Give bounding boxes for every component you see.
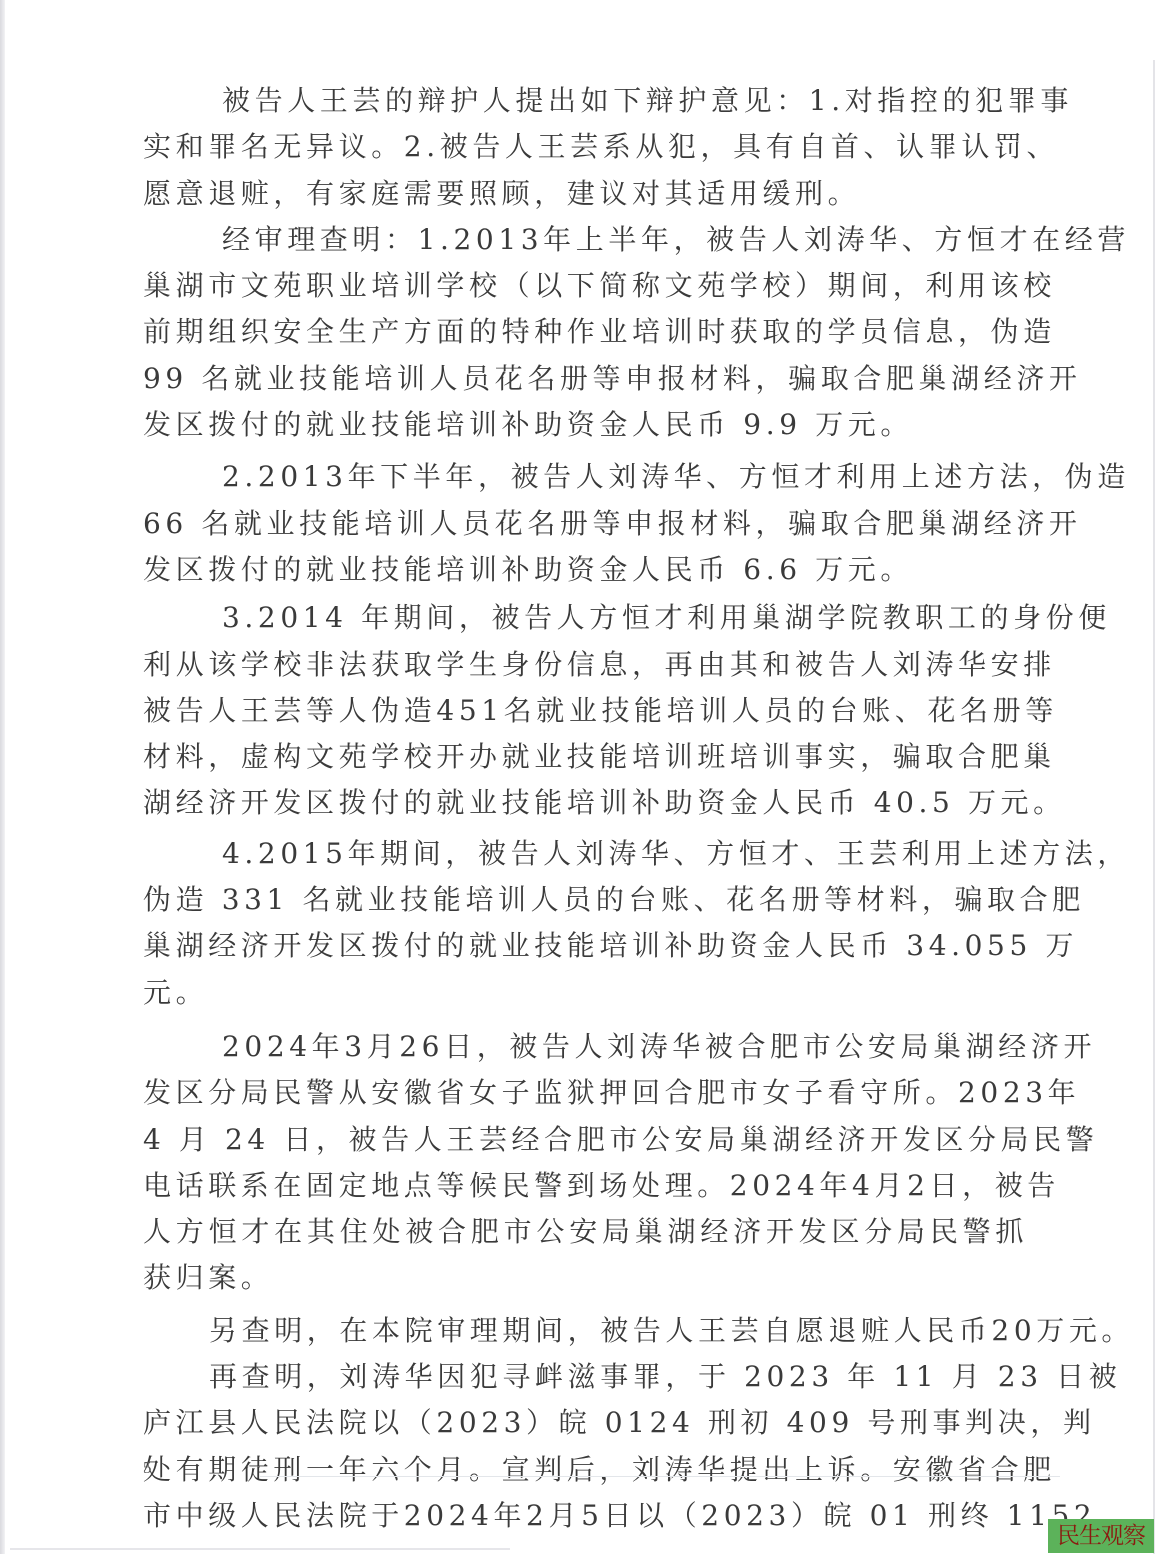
- text-line: 电话联系在固定地点等候民警到场处理。2024年4月2日，被告: [143, 1163, 1028, 1209]
- text-line: 市中级人民法院于2024年2月5日以（2023）皖 01 刑终 1152: [143, 1493, 1028, 1539]
- paragraph-arrest-facts: 2024年3月26日，被告人刘涛华被合肥市公安局巢湖经济开 发区分局民警从安徽省…: [143, 1024, 1028, 1302]
- text-line: 2.2013年下半年，被告人刘涛华、方恒才利用上述方法，伪造: [143, 454, 1028, 500]
- text-line: 获归案。: [143, 1255, 1028, 1301]
- watermark-badge: 民生观察: [1048, 1519, 1154, 1553]
- paragraph-finding-4: 4.2015年期间，被告人刘涛华、方恒才、王芸利用上述方法， 伪造 331 名就…: [143, 831, 1028, 1016]
- text-line: 99 名就业技能培训人员花名册等申报材料，骗取合肥巢湖经济开: [143, 356, 1028, 402]
- text-line: 经审理查明：1.2013年上半年，被告人刘涛华、方恒才在经营: [143, 217, 1028, 263]
- text-line: 利从该学校非法获取学生身份信息，再由其和被告人刘涛华安排: [143, 642, 1028, 688]
- text-line: 发区拨付的就业技能培训补助资金人民币 6.6 万元。: [143, 547, 1028, 593]
- paragraph-finding-3: 3.2014 年期间，被告人方恒才利用巢湖学院教职工的身份便 利从该学校非法获取…: [143, 595, 1028, 826]
- text-line: 66 名就业技能培训人员花名册等申报材料，骗取合肥巢湖经济开: [143, 501, 1028, 547]
- paragraph-restitution: 另查明，在本院审理期间，被告人王芸自愿退赃人民币20万元。: [143, 1308, 1028, 1354]
- text-line: 再查明，刘涛华因犯寻衅滋事罪，于 2023 年 11 月 23 日被: [143, 1354, 1028, 1400]
- page-edge-shadow: [0, 0, 5, 1554]
- text-line: 愿意退赃，有家庭需要照顾，建议对其适用缓刑。: [143, 171, 1028, 217]
- text-line: 4 月 24 日，被告人王芸经合肥市公安局巢湖经济开发区分局民警: [143, 1117, 1028, 1163]
- paragraph-finding-1: 经审理查明：1.2013年上半年，被告人刘涛华、方恒才在经营 巢湖市文苑职业培训…: [143, 217, 1028, 448]
- text-line: 前期组织安全生产方面的特种作业培训时获取的学员信息，伪造: [143, 309, 1028, 355]
- paragraph-prior-conviction: 再查明，刘涛华因犯寻衅滋事罪，于 2023 年 11 月 23 日被 庐江县人民…: [143, 1354, 1028, 1539]
- text-line: 处有期徒刑一年六个月。宣判后，刘涛华提出上诉。安徽省合肥: [143, 1447, 1028, 1493]
- text-line: 湖经济开发区拨付的就业技能培训补助资金人民币 40.5 万元。: [143, 780, 1028, 826]
- text-line: 4.2015年期间，被告人刘涛华、方恒才、王芸利用上述方法，: [143, 831, 1028, 877]
- text-line: 庐江县人民法院以（2023）皖 0124 刑初 409 号刑事判决，判: [143, 1400, 1028, 1446]
- paragraph-defense-opinion: 被告人王芸的辩护人提出如下辩护意见：1.对指控的犯罪事 实和罪名无异议。2.被告…: [143, 78, 1028, 217]
- footer-divider: [260, 1476, 1060, 1477]
- text-line: 3.2014 年期间，被告人方恒才利用巢湖学院教职工的身份便: [143, 595, 1028, 641]
- text-line: 发区分局民警从安徽省女子监狱押回合肥市女子看守所。2023年: [143, 1070, 1028, 1116]
- text-line: 伪造 331 名就业技能培训人员的台账、花名册等材料，骗取合肥: [143, 877, 1028, 923]
- text-line: 实和罪名无异议。2.被告人王芸系从犯，具有自首、认罪认罚、: [143, 124, 1028, 170]
- text-line: 巢湖经济开发区拨付的就业技能培训补助资金人民币 34.055 万: [143, 923, 1028, 969]
- paragraph-finding-2: 2.2013年下半年，被告人刘涛华、方恒才利用上述方法，伪造 66 名就业技能培…: [143, 454, 1028, 593]
- page-bottom-edge: [10, 1548, 510, 1550]
- text-line: 被告人王芸等人伪造451名就业技能培训人员的台账、花名册等: [143, 688, 1028, 734]
- text-line: 材料，虚构文苑学校开办就业技能培训班培训事实，骗取合肥巢: [143, 734, 1028, 780]
- text-line: 被告人王芸的辩护人提出如下辩护意见：1.对指控的犯罪事: [143, 78, 1028, 124]
- text-line: 巢湖市文苑职业培训学校（以下简称文苑学校）期间，利用该校: [143, 263, 1028, 309]
- text-line: 2024年3月26日，被告人刘涛华被合肥市公安局巢湖经济开: [143, 1024, 1028, 1070]
- text-line: 发区拨付的就业技能培训补助资金人民币 9.9 万元。: [143, 402, 1028, 448]
- page-number: 5: [143, 1458, 152, 1478]
- text-line: 人方恒才在其住处被合肥市公安局巢湖经济开发区分局民警抓: [143, 1209, 1028, 1255]
- judgment-document-body: 被告人王芸的辩护人提出如下辩护意见：1.对指控的犯罪事 实和罪名无异议。2.被告…: [143, 78, 1028, 1539]
- text-line: 元。: [143, 970, 1028, 1016]
- text-line: 另查明，在本院审理期间，被告人王芸自愿退赃人民币20万元。: [143, 1308, 1028, 1354]
